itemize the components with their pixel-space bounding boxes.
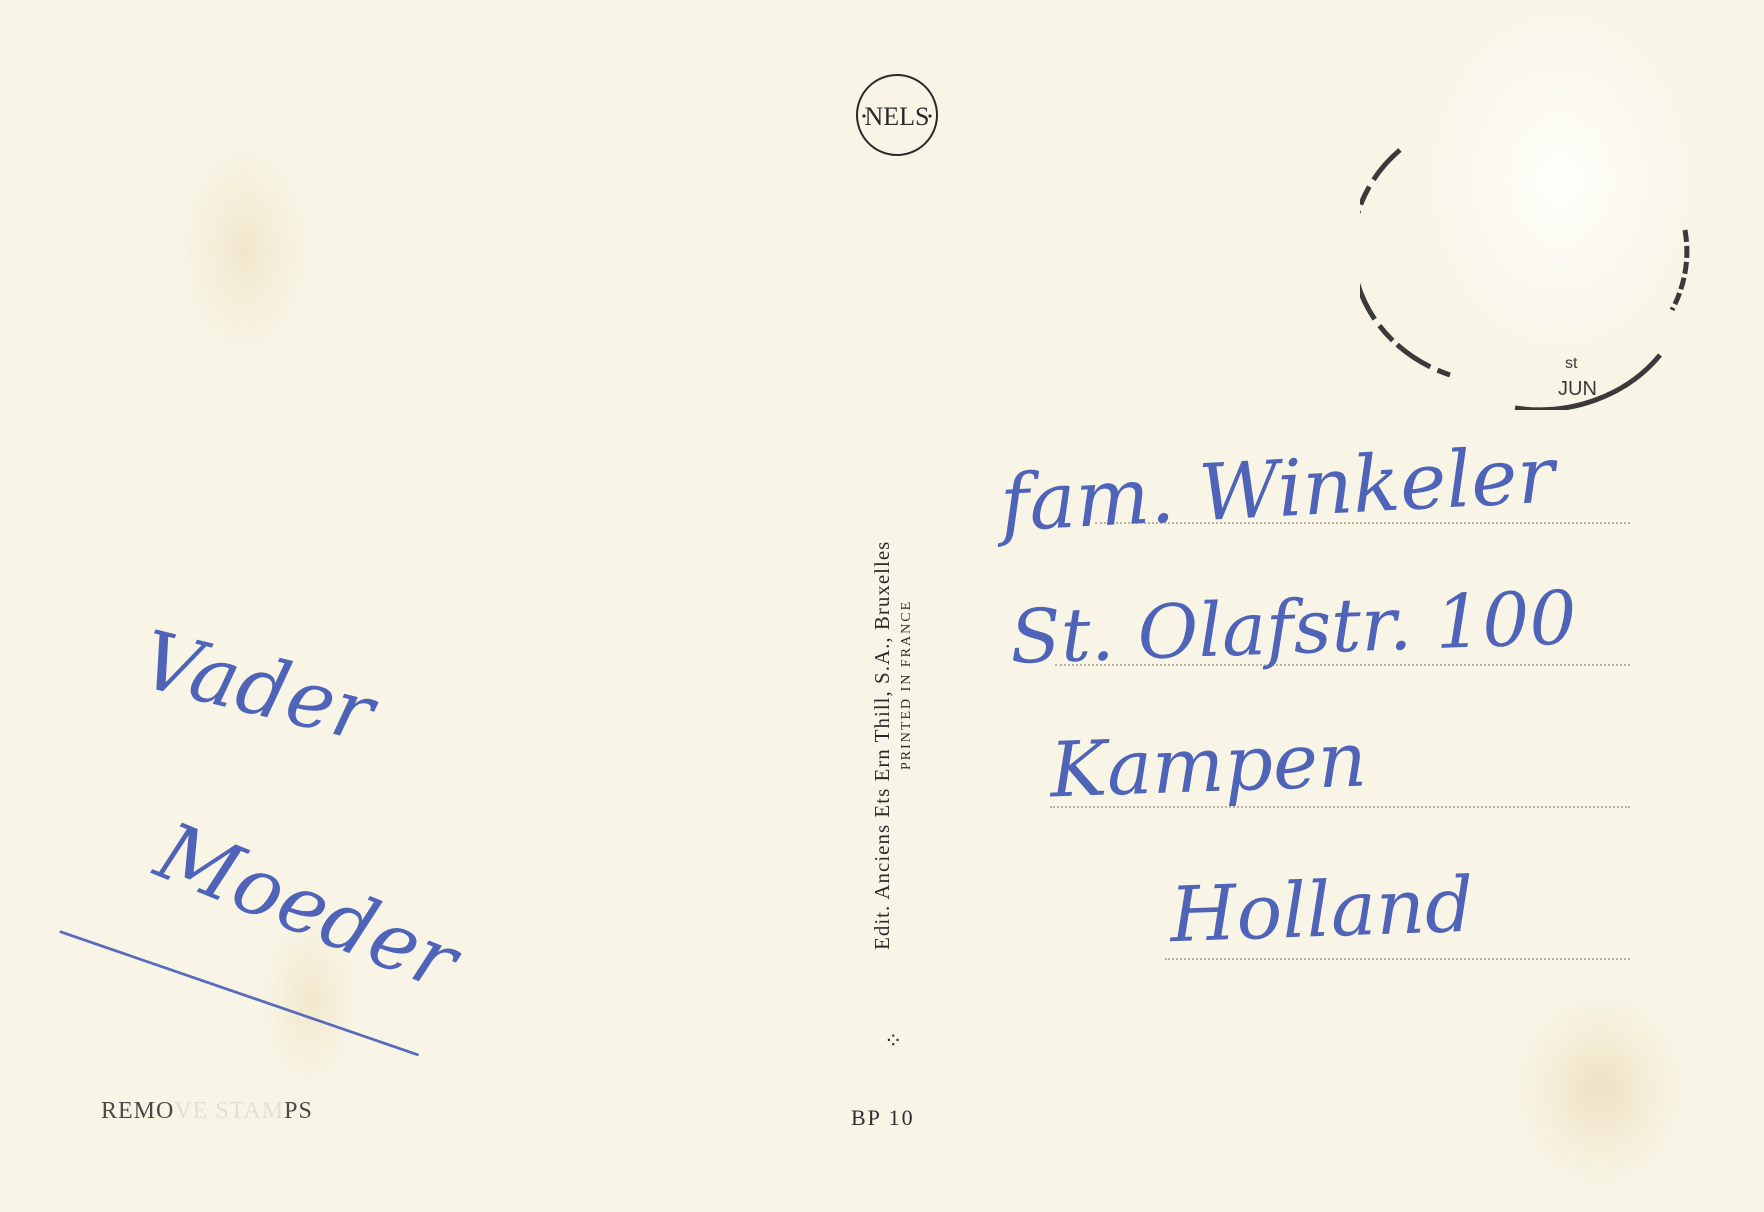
publisher-imprint: Edit. Anciens Ets Ern Thill, S.A., Bruxe… [870, 541, 915, 950]
svg-text:JUN: JUN [1558, 378, 1597, 400]
postcard-back: NELS Edit. Anciens Ets Ern Thill, S.A., … [0, 0, 1764, 1212]
printed-in-line: PRINTED IN FRANCE [899, 541, 915, 770]
address-line-4 [1165, 958, 1630, 960]
address-city: Kampen [1049, 715, 1369, 815]
svg-text:NELS: NELS [865, 102, 930, 131]
publisher-monogram-logo-icon: NELS [852, 70, 942, 160]
message-vader: Vader [132, 613, 382, 760]
stamp-notice-faded: VE STAM [174, 1098, 284, 1124]
postmark-icon: st JUN [1360, 110, 1710, 410]
publisher-line: Edit. Anciens Ets Ern Thill, S.A., Bruxe… [870, 541, 895, 950]
stamp-notice-visible: REMO [101, 1098, 174, 1124]
card-code: BP 10 [851, 1105, 915, 1131]
ornament-icon: ⁘ [884, 1028, 902, 1054]
stamp-notice: REMOVE STAMPS [101, 1098, 313, 1125]
stamp-notice-tail: PS [284, 1098, 313, 1124]
svg-text:st: st [1565, 355, 1578, 372]
address-country: Holland [1169, 860, 1475, 960]
address-recipient: fam. Winkeler [998, 431, 1557, 550]
